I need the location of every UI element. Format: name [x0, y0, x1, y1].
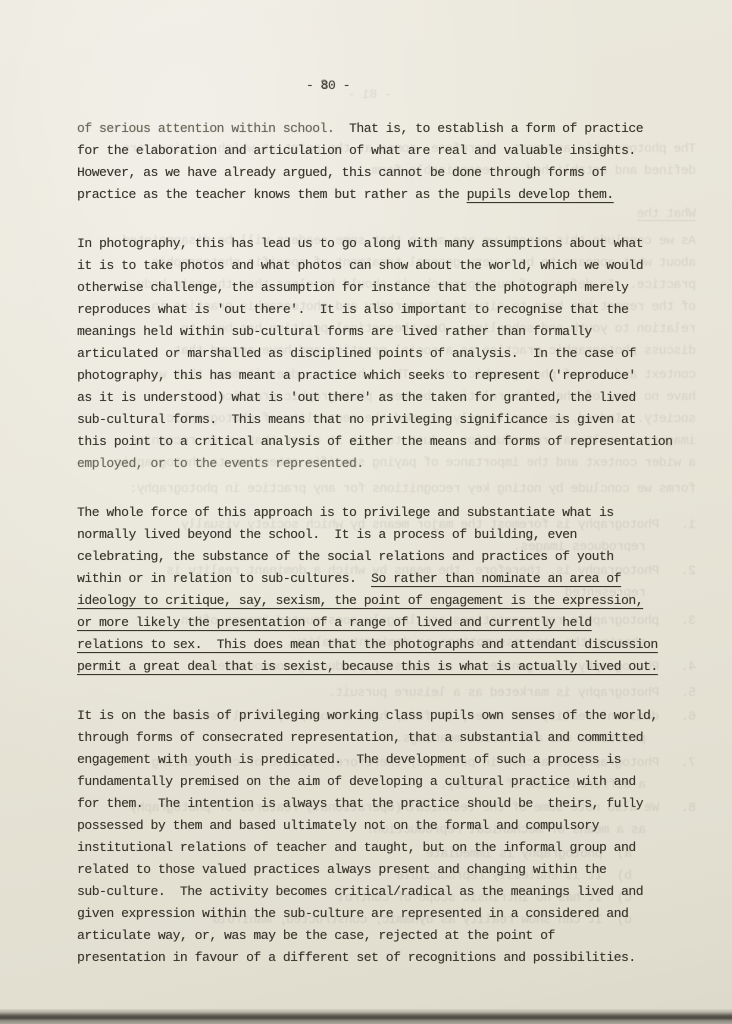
text-segment: given expression within the sub-culture …: [77, 906, 628, 921]
text-line: related to those valued practices always…: [77, 859, 697, 881]
text-segment: presentation in favour of a different se…: [77, 950, 636, 965]
text-line: institutional relations of teacher and t…: [77, 837, 697, 859]
document-body: of serious attention within school. That…: [77, 118, 697, 996]
text-line: articulate way, or, was may be the case,…: [77, 925, 697, 947]
paragraph: of serious attention within school. That…: [77, 118, 697, 206]
text-line: employed, or to the events represented.: [77, 453, 697, 475]
text-segment: articulated or marshalled as disciplined…: [77, 346, 636, 361]
text-segment: within or in relation to sub-cultures.: [77, 571, 371, 586]
text-segment: of serious attention within school.: [77, 121, 334, 136]
text-line: In photography, this has lead us to go a…: [77, 233, 697, 255]
text-segment: reproduces what is 'out there'. It is al…: [77, 302, 628, 317]
text-line: sub-cultural forms. This means that no p…: [77, 409, 697, 431]
text-line: within or in relation to sub-cultures. S…: [77, 568, 697, 590]
page-number-overstrike-digit: 3: [320, 77, 327, 92]
text-segment: this point to a critical analysis of eit…: [77, 434, 672, 449]
text-line: or more likely the presentation of a ran…: [77, 612, 697, 634]
text-line: given expression within the sub-culture …: [77, 903, 697, 925]
text-segment: for the elaboration and articulation of …: [77, 143, 636, 158]
page-number-text: - 80 -: [306, 78, 350, 93]
text-line: as it is understood) what is 'out there'…: [77, 387, 697, 409]
text-segment: normally lived beyond the school. It is …: [77, 527, 577, 542]
text-segment: The whole force of this approach is to p…: [77, 505, 614, 520]
underlined-text-segment: permit a great deal that is sexist, beca…: [77, 659, 658, 674]
paragraph: The whole force of this approach is to p…: [77, 502, 697, 678]
text-line: engagement with youth is predicated. The…: [77, 749, 697, 771]
text-segment: In photography, this has lead us to go a…: [77, 236, 643, 251]
text-line: this point to a critical analysis of eit…: [77, 431, 697, 453]
text-segment: celebrating, the substance of the social…: [77, 549, 614, 564]
text-line: otherwise challenge, the assumption for …: [77, 277, 697, 299]
text-segment: It is on the basis of privileging workin…: [77, 708, 658, 723]
text-line: relations to sex. This does mean that th…: [77, 634, 697, 656]
text-segment: However, as we have already argued, this…: [77, 165, 606, 180]
text-segment: for them. The intention is always that t…: [77, 796, 643, 811]
text-line: for the elaboration and articulation of …: [77, 140, 697, 162]
text-segment: meanings held within sub-cultural forms …: [77, 324, 592, 339]
text-segment: possessed by them and based ultimately n…: [77, 818, 599, 833]
text-line: for them. The intention is always that t…: [77, 793, 697, 815]
text-line: normally lived beyond the school. It is …: [77, 524, 697, 546]
text-segment: sub-culture. The activity becomes critic…: [77, 884, 643, 899]
underlined-text-segment: pupils develop them.: [467, 187, 614, 202]
text-line: possessed by them and based ultimately n…: [77, 815, 697, 837]
text-line: of serious attention within school. That…: [77, 118, 697, 140]
paragraph: It is on the basis of privileging workin…: [77, 705, 697, 969]
text-line: However, as we have already argued, this…: [77, 162, 697, 184]
text-line: celebrating, the substance of the social…: [77, 546, 697, 568]
text-segment: it is to take photos and what photos can…: [77, 258, 643, 273]
text-segment: fundamentally premised on the aim of dev…: [77, 774, 636, 789]
text-line: photography, this has meant a practice w…: [77, 365, 697, 387]
ghost-text-line: - 81 -: [348, 84, 392, 106]
text-line: it is to take photos and what photos can…: [77, 255, 697, 277]
page-number: - 80 -3: [306, 78, 350, 100]
text-segment: That is, to establish a form of practice: [334, 121, 643, 136]
underlined-text-segment: ideology to critique, say, sexism, the p…: [77, 593, 643, 608]
text-segment: through forms of consecrated representat…: [77, 730, 643, 745]
text-segment: practice as the teacher knows them but r…: [77, 187, 467, 202]
scan-edge-shadow: [0, 1009, 732, 1024]
text-line: meanings held within sub-cultural forms …: [77, 321, 697, 343]
text-segment: articulate way, or, was may be the case,…: [77, 928, 555, 943]
paragraph: In photography, this has lead us to go a…: [77, 233, 697, 475]
text-segment: employed, or to the events represented.: [77, 456, 364, 471]
underlined-text-segment: So rather than nominate an area of: [371, 571, 621, 586]
text-line: sub-culture. The activity becomes critic…: [77, 881, 697, 903]
text-segment: engagement with youth is predicated. The…: [77, 752, 621, 767]
text-segment: sub-cultural forms. This means that no p…: [77, 412, 636, 427]
text-line: articulated or marshalled as disciplined…: [77, 343, 697, 365]
text-line: ideology to critique, say, sexism, the p…: [77, 590, 697, 612]
underlined-text-segment: or more likely the presentation of a ran…: [77, 615, 592, 630]
text-line: fundamentally premised on the aim of dev…: [77, 771, 697, 793]
text-segment: photography, this has meant a practice w…: [77, 368, 636, 383]
paper-page: - 81 -The photographic argument, therefo…: [0, 0, 732, 1024]
text-line: It is on the basis of privileging workin…: [77, 705, 697, 727]
text-line: through forms of consecrated representat…: [77, 727, 697, 749]
text-line: presentation in favour of a different se…: [77, 947, 697, 969]
text-line: permit a great deal that is sexist, beca…: [77, 656, 697, 678]
text-segment: otherwise challenge, the assumption for …: [77, 280, 628, 295]
underlined-text-segment: relations to sex. This does mean that th…: [77, 637, 658, 652]
text-segment: as it is understood) what is 'out there'…: [77, 390, 636, 405]
text-line: practice as the teacher knows them but r…: [77, 184, 697, 206]
text-line: reproduces what is 'out there'. It is al…: [77, 299, 697, 321]
text-line: The whole force of this approach is to p…: [77, 502, 697, 524]
text-segment: related to those valued practices always…: [77, 862, 606, 877]
text-segment: institutional relations of teacher and t…: [77, 840, 636, 855]
